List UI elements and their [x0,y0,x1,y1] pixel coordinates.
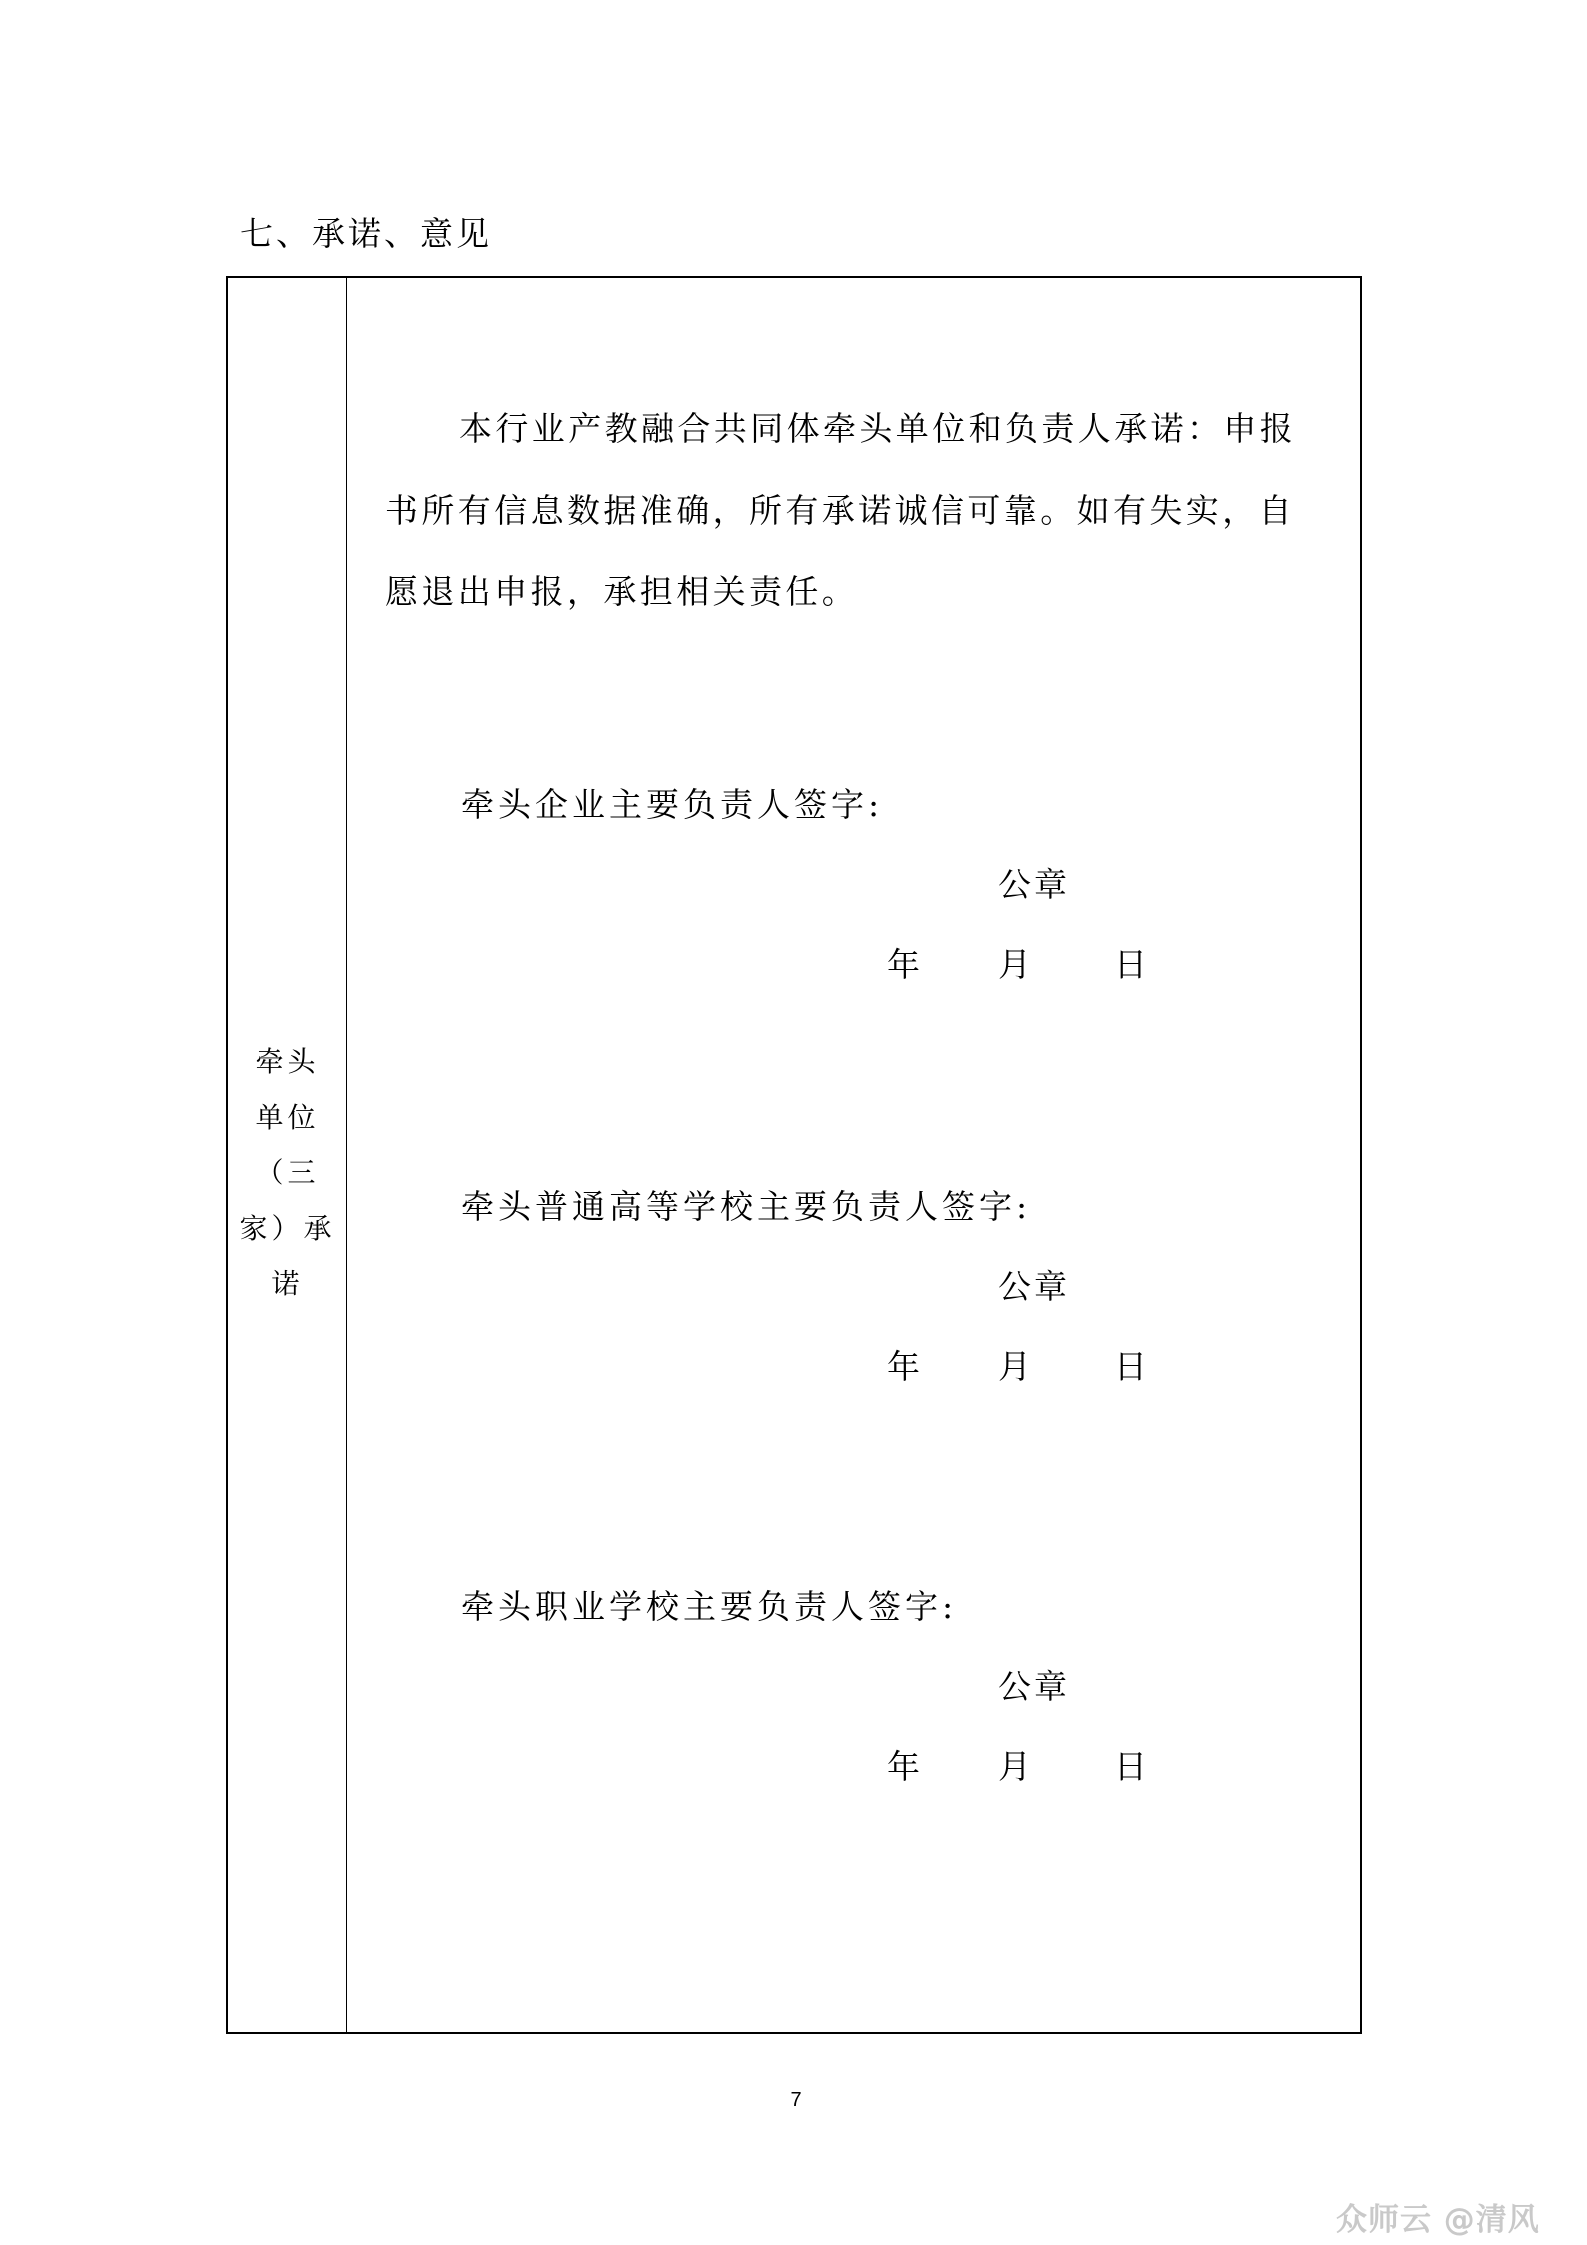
page-number: 7 [786,2088,806,2112]
row-header-cell: 牵头 单位 （三 家）承 诺 [228,278,347,2032]
row-header-line: 家）承 [228,1201,347,1257]
signature-block-university: 牵头普通高等学校主要负责人签字: 公章 年 月 日 [347,1185,1360,1385]
section-heading: 七、承诺、意见 [240,212,492,256]
signature-block-vocational-school: 牵头职业学校主要负责人签字: 公章 年 月 日 [347,1585,1360,1785]
date-year-label: 年 [887,1345,920,1389]
seal-label: 公章 [998,863,1070,907]
date-day-label: 日 [1114,1345,1147,1389]
pledge-line: 愿退出申报，承担相关责任。 [385,551,1325,633]
seal-label: 公章 [998,1665,1070,1709]
date-day-label: 日 [1114,1745,1147,1789]
pledge-statement: 本行业产教融合共同体牵头单位和负责人承诺：申报 书所有信息数据准确，所有承诺诚信… [385,388,1325,633]
pledge-table: 牵头 单位 （三 家）承 诺 本行业产教融合共同体牵头单位和负责人承诺：申报 书… [226,276,1362,2034]
row-header-line: 单位 [228,1090,347,1146]
row-header-line: 牵头 [228,1034,347,1090]
signature-label: 牵头企业主要负责人签字: [461,783,883,827]
signature-block-enterprise: 牵头企业主要负责人签字: 公章 年 月 日 [347,783,1360,983]
pledge-line: 本行业产教融合共同体牵头单位和负责人承诺：申报 [385,388,1325,470]
pledge-content-cell: 本行业产教融合共同体牵头单位和负责人承诺：申报 书所有信息数据准确，所有承诺诚信… [347,278,1360,2032]
seal-label: 公章 [998,1265,1070,1309]
date-month-label: 月 [998,1745,1031,1789]
watermark: 众师云 @清风 [1336,2200,1540,2240]
signature-label: 牵头普通高等学校主要负责人签字: [461,1185,1031,1229]
date-month-label: 月 [998,1345,1031,1389]
date-year-label: 年 [887,943,920,987]
row-header-line: （三 [228,1145,347,1201]
date-month-label: 月 [998,943,1031,987]
signature-label: 牵头职业学校主要负责人签字: [461,1585,957,1629]
row-header-label: 牵头 单位 （三 家）承 诺 [228,1034,347,1312]
row-header-line: 诺 [228,1256,347,1312]
pledge-line: 书所有信息数据准确，所有承诺诚信可靠。如有失实，自 [385,470,1325,552]
date-year-label: 年 [887,1745,920,1789]
date-day-label: 日 [1114,943,1147,987]
